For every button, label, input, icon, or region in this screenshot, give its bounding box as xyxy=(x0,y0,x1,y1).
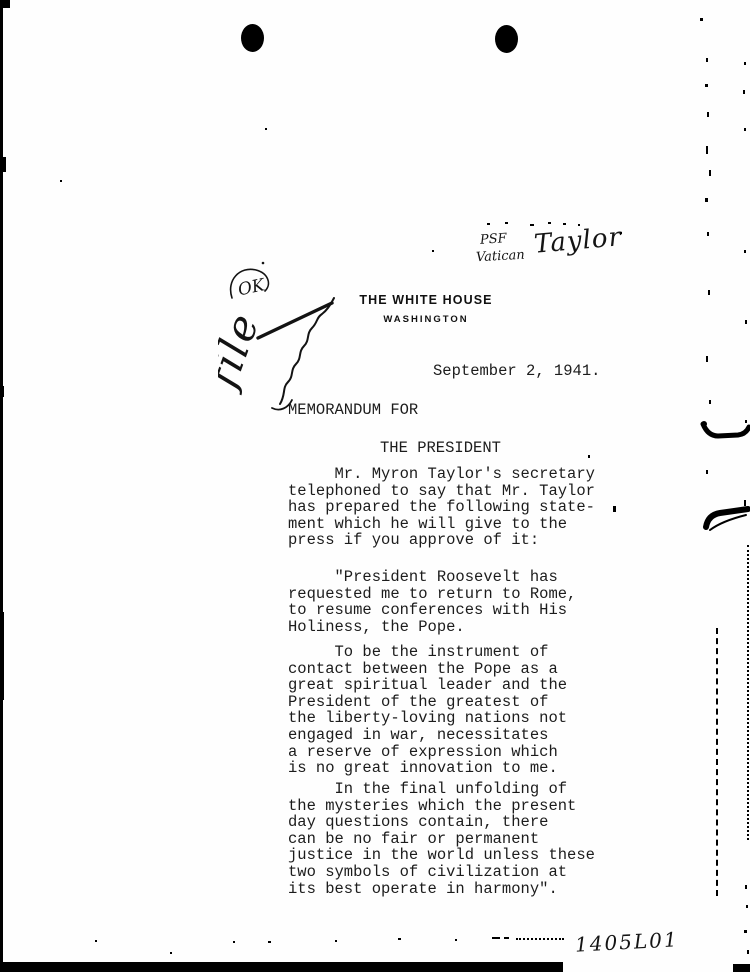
hole-punch-right xyxy=(495,25,518,53)
scan-speck xyxy=(588,455,590,458)
scan-speck xyxy=(705,84,708,87)
scan-speck xyxy=(268,941,271,943)
scan-speck xyxy=(60,180,62,182)
scan-speck xyxy=(505,222,508,224)
letterhead-title: THE WHITE HOUSE xyxy=(301,293,551,307)
memo-paragraph-2: "President Roosevelt has requested me to… xyxy=(288,569,628,635)
scan-speck xyxy=(455,939,457,941)
scan-speck xyxy=(548,222,551,224)
scan-speck xyxy=(747,950,749,954)
scan-speck xyxy=(265,128,267,130)
scan-speck xyxy=(745,420,747,423)
ok-note-text: OK xyxy=(236,275,267,300)
memo-paragraph-1: Mr. Myron Taylor's secretary telephoned … xyxy=(288,466,628,549)
scan-speck xyxy=(743,90,745,94)
scan-speck xyxy=(700,18,703,21)
scan-speck xyxy=(744,930,747,933)
memo-paragraph-3: To be the instrument of contact between … xyxy=(288,644,628,777)
scan-speck xyxy=(709,400,711,404)
scan-speck xyxy=(530,224,534,226)
scan-speck xyxy=(487,223,490,225)
scan-speck xyxy=(613,506,616,512)
memo-addressee: THE PRESIDENT xyxy=(380,440,501,457)
margin-ink-mark-lower xyxy=(700,503,750,533)
scan-speck xyxy=(706,58,708,62)
scan-edge-artifact-left xyxy=(0,0,3,972)
scan-speck xyxy=(744,250,746,253)
scan-speck xyxy=(708,290,710,295)
scan-speck xyxy=(578,224,580,226)
margin-ink-mark-upper xyxy=(700,418,750,444)
scan-bottom-corner-bar xyxy=(733,964,750,972)
scan-speck xyxy=(233,941,235,943)
filing-annotation-psf: PSF xyxy=(480,231,508,248)
scan-speck xyxy=(706,356,708,362)
scan-speck xyxy=(335,940,337,942)
memo-paragraph-4: In the final unfolding of the mysteries … xyxy=(288,781,628,897)
scan-corner-artifact xyxy=(0,0,10,8)
scan-speck xyxy=(707,232,709,236)
scan-fold-line xyxy=(716,628,718,896)
scan-edge-dotted-line xyxy=(747,545,749,840)
scan-edge-blot xyxy=(0,386,4,397)
scan-speck xyxy=(709,170,711,176)
scan-speck xyxy=(744,500,746,506)
scanned-memo-page: PSF Vatican Taylor OK file THE WHITE HOU… xyxy=(0,0,750,972)
scan-edge-blot xyxy=(0,157,6,172)
dotted-row xyxy=(516,938,564,940)
scan-speck xyxy=(705,198,708,202)
archive-number: 1405L01 xyxy=(574,927,679,956)
scan-speck xyxy=(398,938,401,940)
ink-swoosh xyxy=(706,509,748,527)
scan-speck xyxy=(744,128,746,131)
pen-dash xyxy=(492,937,500,939)
scan-speck xyxy=(707,112,709,117)
filing-annotation: PSF Vatican Taylor xyxy=(470,228,640,278)
pen-dash xyxy=(504,937,509,939)
scan-speck xyxy=(745,320,747,324)
scan-speck xyxy=(563,223,566,225)
memo-date: September 2, 1941. xyxy=(433,363,600,380)
scan-speck xyxy=(620,232,622,234)
memo-heading: MEMORANDUM FOR xyxy=(288,402,418,419)
scan-speck xyxy=(706,470,708,474)
ink-blob xyxy=(701,421,707,427)
filing-annotation-vatican: Vatican xyxy=(476,248,525,266)
pen-dot xyxy=(262,262,265,265)
ok-file-annotation: OK file xyxy=(218,258,363,413)
scan-edge-blot xyxy=(0,612,4,700)
scan-speck xyxy=(746,905,748,908)
scan-speck xyxy=(95,940,97,942)
hole-punch-left xyxy=(241,24,264,52)
scan-speck xyxy=(744,62,746,65)
file-note-text: file xyxy=(218,306,269,396)
filing-annotation-taylor: Taylor xyxy=(533,222,623,260)
scan-speck xyxy=(432,250,434,252)
scan-bottom-bar xyxy=(0,962,563,972)
letterhead: THE WHITE HOUSE WASHINGTON xyxy=(301,293,551,325)
scan-speck xyxy=(745,885,747,889)
letterhead-subtitle: WASHINGTON xyxy=(301,314,551,325)
scan-speck xyxy=(706,146,708,154)
scan-speck xyxy=(170,952,172,954)
ink-swoosh xyxy=(703,424,749,436)
